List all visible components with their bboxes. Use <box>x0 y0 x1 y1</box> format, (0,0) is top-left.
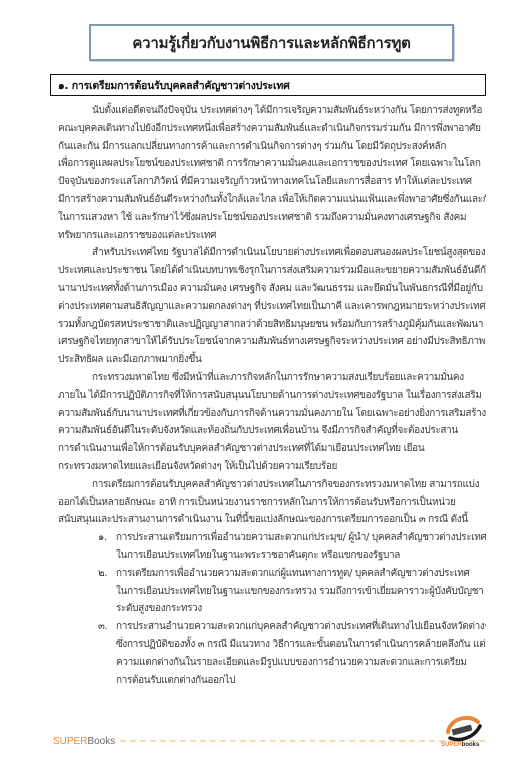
paragraph-line: กระทรวงมหาดไทยและเยือนจังหวัดต่างๆ ให้เป… <box>58 458 486 476</box>
paragraph-line: การเตรียมการต้อนรับบุคคลสำคัญชาวต่างประเ… <box>58 476 486 494</box>
paragraph-line: กระทรวงมหาดไทย ซึ่งมีหน้าที่และภารกิจหลั… <box>58 369 486 387</box>
paragraph-line: สำหรับประเทศไทย รัฐบาลได้มีการดำเนินนโยบ… <box>58 244 486 262</box>
paragraph-line: ต่างประเทศตามสนธิสัญญาและความตกลงต่างๆ ท… <box>58 298 486 316</box>
list-item-1: ๑. การประสานเตรียมการเพื่ออำนวยความสะดวก… <box>58 529 486 547</box>
paragraph-line: รวมทั้งกฎบัตรสหประชาชาติและปฏิญญาสากลว่า… <box>58 316 486 334</box>
paragraph-line: การดำเนินงานเพื่อให้การต้อนรับบุคคลสำคัญ… <box>58 440 486 458</box>
list-continuation: การต้อนรับแตกต่างกันออกไป <box>58 672 486 690</box>
page-footer: SUPERBooks <box>53 734 487 748</box>
list-continuation: ระดับสูงของกระทรวง <box>58 600 486 618</box>
list-continuation: ในการเยือนประเทศไทยในฐานะแขกของกระทรวง ร… <box>58 583 486 601</box>
list-text: การเตรียมการเพื่ออำนวยความสะดวกแก่ผู้แทน… <box>116 565 469 583</box>
document-body: นับตั้งแต่อดีตจนถึงปัจจุบัน ประเทศต่างๆ … <box>58 102 486 689</box>
paragraph-line: ความสัมพันธ์กับนานาประเทศที่เกี่ยวข้องกั… <box>58 405 486 423</box>
paragraph-line: คณะบุคคลเดินทางไปยังอีกประเทศหนึ่งเพื่อส… <box>58 120 486 138</box>
list-number: ๓. <box>98 618 116 636</box>
document-title-box: ความรู้เกี่ยวกับงานพิธีการและหลักพิธีการ… <box>89 24 454 61</box>
paragraph-line: เพื่อการดูแลผลประโยชน์ของประเทศชาติ การร… <box>58 155 486 173</box>
logo-wordmark: SUPERbooks <box>441 742 479 748</box>
paragraph-line: ความสัมพันธ์อันดีในระดับจังหวัดและท้องถิ… <box>58 422 486 440</box>
list-continuation: ในการเยือนประเทศไทยในฐานะพระราชอาคันตุกะ… <box>58 547 486 565</box>
paragraph-line: กันและกัน มีการแลกเปลี่ยนทางการค้าและการ… <box>58 138 486 156</box>
paragraph-line: ประเทศและประชาชน โดยได้ดำเนินบทบาทเชิงรุ… <box>58 262 486 280</box>
section-heading: ๑. การเตรียมการต้อนรับบุคคลสำคัญชาวต่างป… <box>58 77 290 94</box>
list-number: ๒. <box>98 565 116 583</box>
paragraph-line: ประสิทธิผล และมีเอกภาพมากยิ่งขึ้น <box>58 351 486 369</box>
paragraph-line: ออกได้เป็นหลายลักษณะ อาทิ การเป็นหน่วยงา… <box>58 494 486 512</box>
paragraph-line: ทรัพยากรและเอกราชของแต่ละประเทศ <box>58 227 486 245</box>
paragraph-line: มีการสร้างความสัมพันธ์อันดีระหว่างกันทั้… <box>58 191 486 209</box>
list-continuation: ความแตกต่างกันในรายละเอียดและมีรูปแบบของ… <box>58 654 486 672</box>
list-text: การประสานเตรียมการเพื่ออำนวยความสะดวกแก่… <box>116 529 486 547</box>
list-text: การประสานอำนวยความสะดวกแก่บุคคลสำคัญชาวต… <box>116 618 486 636</box>
section-title: การเตรียมการต้อนรับบุคคลสำคัญชาวต่างประเ… <box>72 80 290 92</box>
paragraph-line: ในการแสวงหา ใช้ และรักษาไว้ซึ่งผลประโยชน… <box>58 209 486 227</box>
paragraph-line: นับตั้งแต่อดีตจนถึงปัจจุบัน ประเทศต่างๆ … <box>58 102 486 120</box>
paragraph-line: ปัจจุบันของกระแสโลกาภิวัตน์ ที่มีความเจร… <box>58 173 486 191</box>
list-continuation: ซึ่งการปฏิบัติของทั้ง ๓ กรณี มีแนวทาง วิ… <box>58 636 486 654</box>
paragraph-line: ภายใน ได้มีการปฏิบัติภารกิจที่ให้การสนับ… <box>58 387 486 405</box>
footer-dashed-rule <box>120 740 485 742</box>
section-number: ๑. <box>58 80 68 92</box>
paragraph-line: นานาประเทศทั้งด้านการเมือง ความมั่นคง เศ… <box>58 280 486 298</box>
list-number: ๑. <box>98 529 116 547</box>
paragraph-line: เศรษฐกิจไทยทุกสาขาให้ได้รับประโยชน์จากคว… <box>58 333 486 351</box>
document-title: ความรู้เกี่ยวกับงานพิธีการและหลักพิธีการ… <box>132 31 410 55</box>
footer-brand: SUPERBooks <box>53 736 115 747</box>
list-item-2: ๒. การเตรียมการเพื่ออำนวยความสะดวกแก่ผู้… <box>58 565 486 583</box>
section-heading-box: ๑. การเตรียมการต้อนรับบุคคลสำคัญชาวต่างป… <box>50 74 486 96</box>
paragraph-line: สนับสนุนและประสานงานการดำเนินงาน ในที่นี… <box>58 511 486 529</box>
list-item-3: ๓. การประสานอำนวยความสะดวกแก่บุคคลสำคัญช… <box>58 618 486 636</box>
